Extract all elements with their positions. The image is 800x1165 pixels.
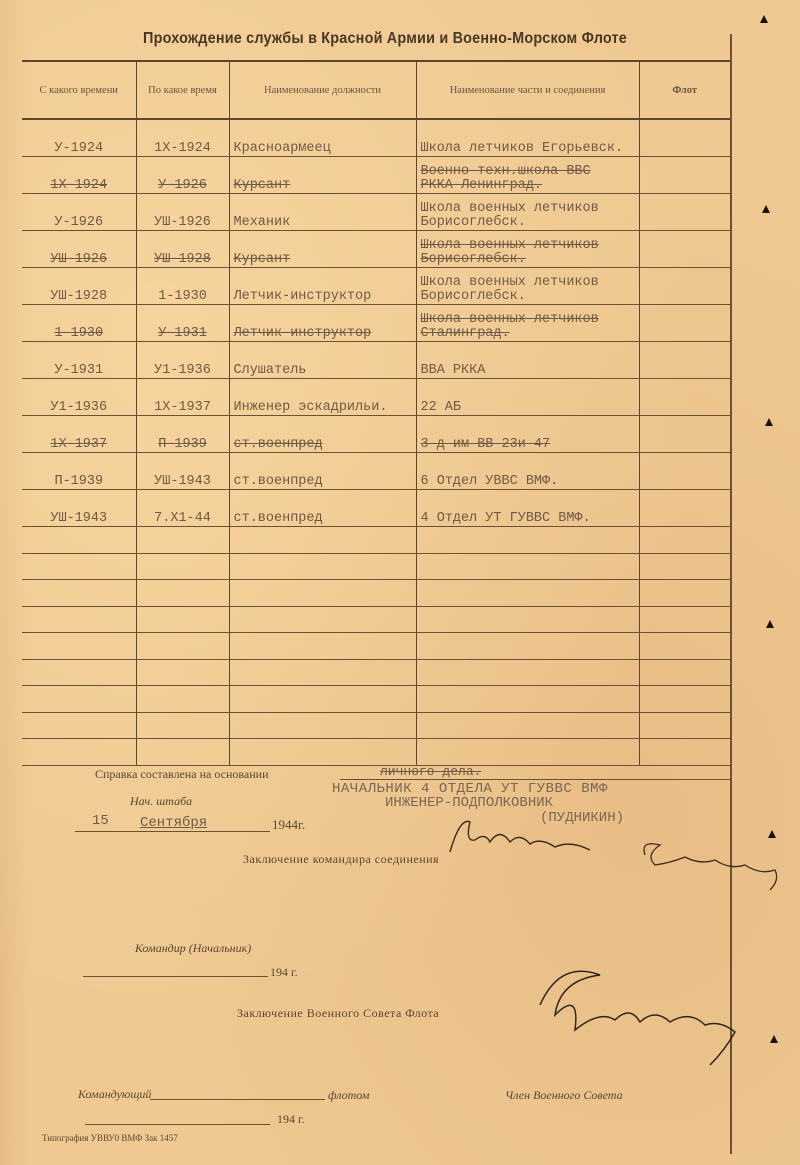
cell-position: Инженер эскадрильи.	[229, 379, 416, 416]
cell-unit: Школа военных летчиков Борисоглебск.	[416, 231, 639, 268]
date-underline	[75, 831, 270, 832]
date-year: 1944г.	[272, 817, 305, 833]
cell-fleet	[639, 416, 730, 453]
cell-position: Летчик-инструктор	[229, 305, 416, 342]
stamp-line-2: ИНЖЕНЕР-ПОДПОЛКОВНИК	[385, 795, 553, 811]
empty-cell	[22, 606, 136, 633]
date-day: 15	[92, 813, 109, 829]
table-row: УШ-1926УШ-1928КурсантШкола военных летчи…	[22, 231, 730, 268]
basis-label: Справка составлена на основании	[95, 767, 269, 782]
empty-cell	[22, 633, 136, 660]
cell-fleet	[639, 379, 730, 416]
signature-council	[520, 960, 750, 1070]
empty-cell	[229, 606, 416, 633]
cell-unit: ВВА РККА	[416, 342, 639, 379]
cell-from: У-1926	[22, 194, 136, 231]
cell-position: Летчик-инструктор	[229, 268, 416, 305]
cell-from: УШ-1943	[22, 490, 136, 527]
punch-hole	[760, 15, 768, 23]
cell-from: 1-1930	[22, 305, 136, 342]
punch-hole	[765, 418, 773, 426]
cell-fleet	[639, 157, 730, 194]
empty-cell	[22, 553, 136, 580]
empty-cell	[416, 580, 639, 607]
empty-cell	[136, 739, 229, 766]
cell-fleet	[639, 194, 730, 231]
date-month: Сентября	[140, 815, 207, 831]
table-row: 1Х-1924У-1926КурсантВоенно-техн.школа ВВ…	[22, 157, 730, 194]
table-row: УШ-19281-1930Летчик-инструкторШкола воен…	[22, 268, 730, 305]
empty-row	[22, 527, 730, 554]
empty-cell	[416, 686, 639, 713]
cell-position: Курсант	[229, 231, 416, 268]
empty-row	[22, 553, 730, 580]
cell-unit: 3-д им ВВ 23и 47	[416, 416, 639, 453]
cell-from: У-1931	[22, 342, 136, 379]
empty-cell	[229, 633, 416, 660]
empty-cell	[136, 606, 229, 633]
cell-from: 1Х-1924	[22, 157, 136, 194]
empty-cell	[22, 686, 136, 713]
empty-cell	[639, 553, 730, 580]
cell-to: 1Х-1937	[136, 379, 229, 416]
header-fleet: Флот	[639, 61, 730, 119]
empty-cell	[136, 553, 229, 580]
commander-date-underline	[83, 976, 268, 977]
fleet-date-underline	[85, 1124, 270, 1125]
cell-from: У1-1936	[22, 379, 136, 416]
table-row: УШ-19437.Х1-44ст.военпред4 Отдел УТ ГУВВ…	[22, 490, 730, 527]
cell-fleet	[639, 119, 730, 157]
signature-pudnikin	[440, 812, 600, 862]
empty-cell	[416, 527, 639, 554]
empty-cell	[136, 633, 229, 660]
cell-to: УШ-1943	[136, 453, 229, 490]
cell-from: П-1939	[22, 453, 136, 490]
basis-underline	[340, 779, 730, 780]
cell-to: У-1926	[136, 157, 229, 194]
table-header: С какого времени По какое время Наименов…	[22, 61, 730, 119]
empty-cell	[416, 739, 639, 766]
cell-unit: Школа военных летчиков Сталинград.	[416, 305, 639, 342]
empty-cell	[136, 659, 229, 686]
cell-from: 1Х-1937	[22, 416, 136, 453]
empty-cell	[639, 712, 730, 739]
empty-cell	[416, 606, 639, 633]
fleet-commander-underline	[150, 1099, 325, 1100]
cell-position: Механик	[229, 194, 416, 231]
empty-cell	[22, 739, 136, 766]
cell-to: У1-1936	[136, 342, 229, 379]
empty-cell	[136, 686, 229, 713]
table-row: П-1939УШ-1943ст.военпред6 Отдел УВВС ВМФ…	[22, 453, 730, 490]
empty-cell	[229, 712, 416, 739]
cell-unit: Школа военных летчиков Борисоглебск.	[416, 194, 639, 231]
cell-unit: 6 Отдел УВВС ВМФ.	[416, 453, 639, 490]
header-unit: Наименование части и соединения	[416, 61, 639, 119]
empty-cell	[229, 553, 416, 580]
signature-consent	[640, 835, 790, 895]
cell-position: ст.военпред	[229, 490, 416, 527]
empty-row	[22, 633, 730, 660]
empty-cell	[22, 659, 136, 686]
table-row: 1Х-1937П-1939ст.военпред3-д им ВВ 23и 47	[22, 416, 730, 453]
cell-from: УШ-1928	[22, 268, 136, 305]
chief-of-staff-label: Нач. штаба	[130, 794, 192, 809]
cell-to: П-1939	[136, 416, 229, 453]
cell-position: Курсант	[229, 157, 416, 194]
basis-value: личного дела.	[380, 764, 481, 779]
cell-to: У-1931	[136, 305, 229, 342]
cell-unit: 4 Отдел УТ ГУВВС ВМФ.	[416, 490, 639, 527]
empty-row	[22, 712, 730, 739]
cell-position: ст.военпред	[229, 453, 416, 490]
cell-to: 7.Х1-44	[136, 490, 229, 527]
cell-unit: Школа военных летчиков Борисоглебск.	[416, 268, 639, 305]
cell-to: УШ-1928	[136, 231, 229, 268]
cell-unit: Военно-техн.школа ВВС РККА-Ленинград.	[416, 157, 639, 194]
empty-cell	[229, 659, 416, 686]
empty-cell	[416, 659, 639, 686]
empty-cell	[639, 580, 730, 607]
empty-cell	[136, 527, 229, 554]
fleet-label: флотом	[328, 1088, 369, 1103]
empty-cell	[639, 686, 730, 713]
council-conclusion-label: Заключение Военного Совета Флота	[237, 1006, 439, 1021]
cell-unit: Школа летчиков Егорьевск.	[416, 119, 639, 157]
cell-position: Красноармеец	[229, 119, 416, 157]
empty-row	[22, 606, 730, 633]
empty-cell	[22, 580, 136, 607]
table-row: 1-1930У-1931Летчик-инструкторШкола военн…	[22, 305, 730, 342]
cell-fleet	[639, 231, 730, 268]
empty-cell	[229, 686, 416, 713]
cell-from: УШ-1926	[22, 231, 136, 268]
empty-cell	[229, 739, 416, 766]
cell-position: Слушатель	[229, 342, 416, 379]
header-position: Наименование должности	[229, 61, 416, 119]
empty-cell	[136, 712, 229, 739]
fleet-commander-label: Командующий	[78, 1087, 151, 1102]
empty-row	[22, 686, 730, 713]
cell-fleet	[639, 268, 730, 305]
cell-to: УШ-1926	[136, 194, 229, 231]
empty-cell	[136, 580, 229, 607]
empty-cell	[639, 659, 730, 686]
cell-unit: 22 АБ	[416, 379, 639, 416]
header-to: По какое время	[136, 61, 229, 119]
document-title: Прохождение службы в Красной Армии и Вое…	[27, 30, 743, 48]
punch-hole	[766, 620, 774, 628]
punch-hole	[770, 1035, 778, 1043]
empty-row	[22, 739, 730, 766]
cell-fleet	[639, 342, 730, 379]
fleet-year: 194 г.	[277, 1112, 305, 1127]
cell-fleet	[639, 305, 730, 342]
empty-cell	[416, 633, 639, 660]
commander-title: Командир (Начальник)	[135, 941, 251, 956]
empty-cell	[639, 527, 730, 554]
table-row: У-1926УШ-1926МеханикШкола военных летчик…	[22, 194, 730, 231]
empty-row	[22, 580, 730, 607]
cell-position: ст.военпред	[229, 416, 416, 453]
empty-cell	[22, 712, 136, 739]
service-table: С какого времени По какое время Наименов…	[22, 60, 730, 766]
table-row: У-1931У1-1936СлушательВВА РККА	[22, 342, 730, 379]
empty-row	[22, 659, 730, 686]
cell-fleet	[639, 453, 730, 490]
punch-hole	[768, 830, 776, 838]
table-row: У1-19361Х-1937Инженер эскадрильи.22 АБ	[22, 379, 730, 416]
empty-cell	[229, 527, 416, 554]
council-member-label: Член Военного Совета	[505, 1088, 623, 1103]
empty-cell	[229, 580, 416, 607]
cell-fleet	[639, 490, 730, 527]
punch-hole	[762, 205, 770, 213]
empty-cell	[416, 712, 639, 739]
header-from: С какого времени	[22, 61, 136, 119]
cell-to: 1Х-1924	[136, 119, 229, 157]
commander-year: 194 г.	[270, 965, 298, 980]
empty-cell	[416, 553, 639, 580]
cell-from: У-1924	[22, 119, 136, 157]
table-row: У-19241Х-1924КрасноармеецШкола летчиков …	[22, 119, 730, 157]
empty-cell	[639, 633, 730, 660]
empty-cell	[639, 739, 730, 766]
empty-cell	[639, 606, 730, 633]
printer-imprint: Типография УВВУ0 ВМФ Зак 1457	[42, 1133, 178, 1143]
empty-cell	[22, 527, 136, 554]
commander-conclusion-label: Заключение командира соединения	[243, 852, 439, 867]
cell-to: 1-1930	[136, 268, 229, 305]
